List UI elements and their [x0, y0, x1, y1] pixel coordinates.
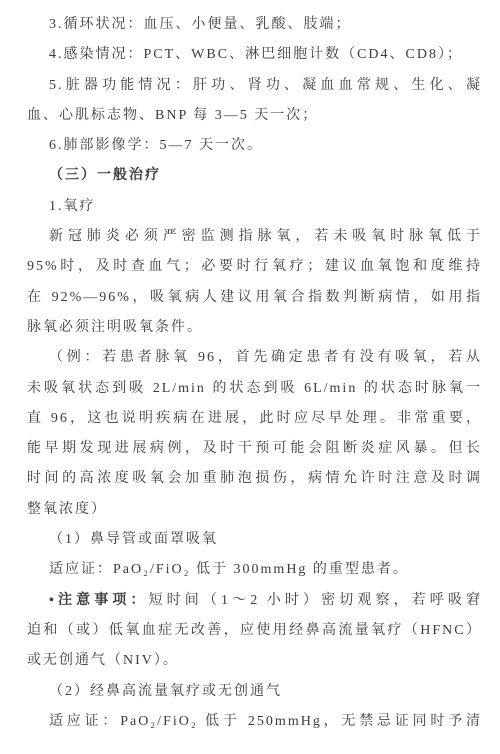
text-line: 血、心肌标志物、BNP 每 3—5 天一次；	[27, 101, 482, 131]
text-run: 脉氧必须注明吸氧条件。	[27, 320, 203, 335]
text-line: 未吸氧状态到吸 2L/min 的状态到吸 6L/min 的状态时脉氧一	[27, 374, 482, 404]
text-line: 时间的高浓度吸氧会加重肺泡损伤，病情允许时注意及时调	[27, 464, 482, 494]
text-line: 6.肺部影像学：5—7 天一次。	[27, 131, 482, 161]
text-line: 适应证：PaO₂/FiO₂ 低于 250mmHg，无禁忌证同时予清	[27, 707, 482, 737]
text-run: （2）经鼻高流量氧疗或无创通气	[49, 684, 282, 699]
text-line: （1）鼻导管或面罩吸氧	[27, 525, 482, 555]
text-run: 或无创通气（NIV）。	[27, 653, 179, 668]
text-run: 迫和（或）低氧血症无改善，应使用经鼻高流量氧疗（HFNC）	[27, 623, 482, 638]
text-run: 95%时，及时查血气；必要时行氧疗；建议血氧饱和度维持	[27, 259, 482, 274]
text-line: 3.循环状况：血压、小便量、乳酸、肢端；	[27, 10, 482, 40]
text-run: 直 96，这也说明疾病在进展，此时应尽早处理。非常重要，	[27, 411, 482, 426]
text-run: •注意事项：	[49, 593, 149, 608]
text-line: 95%时，及时查血气；必要时行氧疗；建议血氧饱和度维持	[27, 252, 482, 282]
text-line: 迫和（或）低氧血症无改善，应使用经鼻高流量氧疗（HFNC）	[27, 616, 482, 646]
text-run: 5.脏器功能情况：肝功、肾功、凝血血常规、生化、凝	[49, 78, 482, 93]
text-line: 脉氧必须注明吸氧条件。	[27, 313, 482, 343]
text-run: 时间的高浓度吸氧会加重肺泡损伤，病情允许时注意及时调	[27, 471, 482, 486]
text-run: 适应证：PaO₂/FiO₂ 低于 300mmHg 的重型患者。	[49, 562, 409, 577]
text-run: 能早期发现进展病例，及时干预可能会阻断炎症风暴。但长	[27, 441, 482, 456]
text-run: （三）一般治疗	[49, 168, 161, 183]
text-run: 1.氧疗	[49, 199, 96, 214]
text-run: 未吸氧状态到吸 2L/min 的状态到吸 6L/min 的状态时脉氧一	[27, 381, 482, 396]
text-run: （例：若患者脉氧 96，首先确定患者有没有吸氧，若从	[49, 350, 482, 365]
text-run: （1）鼻导管或面罩吸氧	[49, 532, 218, 547]
text-run: 3.循环状况：血压、小便量、乳酸、肢端；	[49, 17, 352, 32]
text-line: 1.氧疗	[27, 192, 482, 222]
text-run: 短时间（1～2 小时）密切观察，若呼吸窘	[149, 593, 482, 608]
text-line: （例：若患者脉氧 96，首先确定患者有没有吸氧，若从	[27, 343, 482, 373]
text-line: 或无创通气（NIV）。	[27, 646, 482, 676]
text-run: 新冠肺炎必须严密监测指脉氧，若未吸氧时脉氧低于	[49, 229, 482, 244]
text-line: 5.脏器功能情况：肝功、肾功、凝血血常规、生化、凝	[27, 71, 482, 101]
text-line: 在 92%—96%，吸氧病人建议用氧合指数判断病情，如用指	[27, 283, 482, 313]
text-run: 整氧浓度）	[27, 502, 107, 517]
text-run: 血、心肌标志物、BNP 每 3—5 天一次；	[27, 108, 318, 123]
document-body: 3.循环状况：血压、小便量、乳酸、肢端；4.感染情况：PCT、WBC、淋巴细胞计…	[27, 10, 482, 737]
document-page: 3.循环状况：血压、小便量、乳酸、肢端；4.感染情况：PCT、WBC、淋巴细胞计…	[0, 0, 500, 754]
text-line: 4.感染情况：PCT、WBC、淋巴细胞计数（CD4、CD8）；	[27, 40, 482, 70]
text-run: 在 92%—96%，吸氧病人建议用氧合指数判断病情，如用指	[27, 290, 482, 305]
text-line: 整氧浓度）	[27, 495, 482, 525]
text-line: 适应证：PaO₂/FiO₂ 低于 300mmHg 的重型患者。	[27, 555, 482, 585]
text-run: 6.肺部影像学：5—7 天一次。	[49, 138, 263, 153]
text-line: （三）一般治疗	[27, 161, 482, 191]
text-line: •注意事项：短时间（1～2 小时）密切观察，若呼吸窘	[27, 586, 482, 616]
text-run: 适应证：PaO₂/FiO₂ 低于 250mmHg，无禁忌证同时予清	[49, 714, 482, 729]
text-line: 新冠肺炎必须严密监测指脉氧，若未吸氧时脉氧低于	[27, 222, 482, 252]
text-run: 4.感染情况：PCT、WBC、淋巴细胞计数（CD4、CD8）；	[49, 47, 463, 62]
text-line: 能早期发现进展病例，及时干预可能会阻断炎症风暴。但长	[27, 434, 482, 464]
text-line: （2）经鼻高流量氧疗或无创通气	[27, 677, 482, 707]
text-line: 直 96，这也说明疾病在进展，此时应尽早处理。非常重要，	[27, 404, 482, 434]
